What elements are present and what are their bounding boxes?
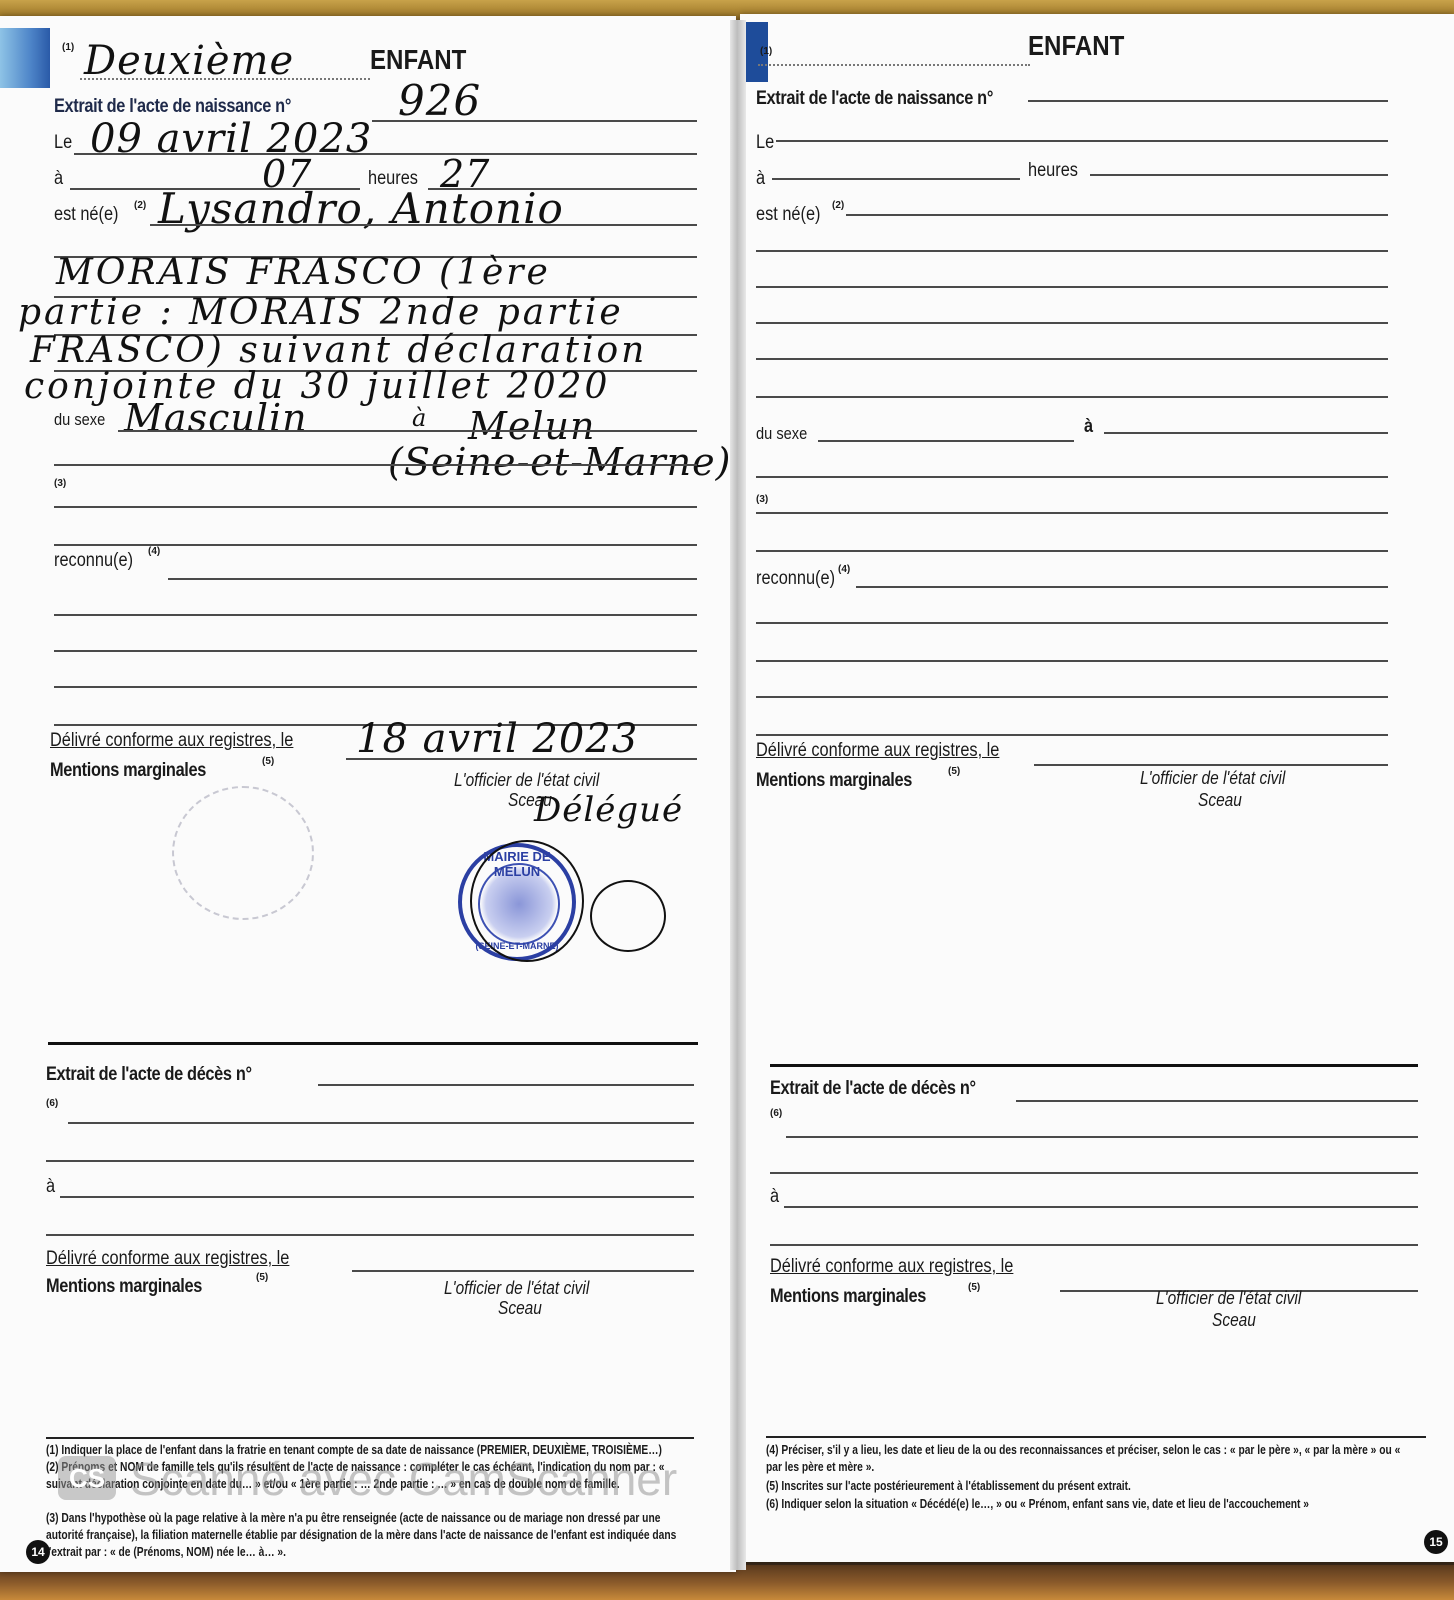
footnote-divider xyxy=(46,1437,694,1439)
rank-dotted-line xyxy=(80,78,370,80)
page-title: ENFANT xyxy=(370,44,466,76)
death-extract-label: Extrait de l'acte de décès n° xyxy=(46,1064,252,1086)
marginal-label-right: Mentions marginales xyxy=(756,770,912,792)
field-line xyxy=(756,322,1388,324)
delivered-date: 18 avril 2023 xyxy=(356,716,638,762)
field-line xyxy=(150,224,697,226)
ref-3-right: (3) xyxy=(756,494,768,505)
death-officer-label: L'officier de l'état civil xyxy=(444,1278,589,1299)
field-line xyxy=(756,396,1388,398)
field-line xyxy=(818,440,1074,442)
death-officer-label-right: L'officier de l'état civil xyxy=(1156,1288,1301,1309)
footnote-4: (4) Préciser, s'il y a lieu, les date et… xyxy=(766,1442,1414,1476)
death-delivered-label: Délivré conforme aux registres, le xyxy=(46,1248,289,1270)
field-line xyxy=(756,358,1388,360)
footnote-6: (6) Indiquer selon la situation « Décédé… xyxy=(766,1496,1414,1513)
section-divider-right xyxy=(770,1064,1418,1067)
field-line xyxy=(846,214,1388,216)
field-line xyxy=(1090,174,1388,176)
field-line xyxy=(1028,100,1388,102)
page-number-right: 15 xyxy=(1424,1530,1448,1554)
surname-line-4: conjointe du 30 juillet 2020 xyxy=(24,366,610,407)
born-label-right: est né(e) xyxy=(756,204,820,226)
section-divider xyxy=(48,1042,698,1045)
recognized-label: reconnu(e) xyxy=(54,550,133,572)
field-line xyxy=(60,1196,694,1198)
officer-label-right: L'officier de l'état civil xyxy=(1140,768,1285,789)
page-title-right: ENFANT xyxy=(1028,30,1124,62)
officer-label: L'officier de l'état civil xyxy=(454,770,599,791)
death-marginal-label-right: Mentions marginales xyxy=(770,1286,926,1308)
field-line xyxy=(46,1160,694,1162)
camscanner-logo-icon: CS xyxy=(58,1456,116,1500)
field-line xyxy=(1016,1100,1418,1102)
field-line xyxy=(786,1136,1418,1138)
seal-label-right: Sceau xyxy=(1198,790,1242,811)
death-seal-label-right: Sceau xyxy=(1212,1310,1256,1331)
field-line xyxy=(372,120,697,122)
born-ref-right: (2) xyxy=(832,200,844,211)
field-line xyxy=(54,506,697,508)
date-label: Le xyxy=(54,132,72,154)
footnote-divider-right xyxy=(766,1436,1426,1438)
field-line xyxy=(168,578,697,580)
field-line xyxy=(318,1084,694,1086)
field-line xyxy=(756,734,1388,736)
field-line xyxy=(756,512,1388,514)
born-ref: (2) xyxy=(134,200,146,211)
death-extract-label-right: Extrait de l'acte de décès n° xyxy=(770,1078,976,1100)
sex-value: Masculin xyxy=(124,396,308,440)
field-line xyxy=(68,1122,694,1124)
left-page-color-tab xyxy=(0,28,50,88)
delivered-label-right: Délivré conforme aux registres, le xyxy=(756,740,999,762)
place-label: à xyxy=(54,168,63,190)
field-line xyxy=(776,140,1388,142)
birth-extract-label: Extrait de l'acte de naissance n° xyxy=(54,96,291,118)
surname-line-3: FRASCO) suivant déclaration xyxy=(30,330,647,371)
field-line xyxy=(74,153,697,155)
death-seal-label: Sceau xyxy=(498,1298,542,1319)
footnote-ref-1-right: (1) xyxy=(760,46,772,57)
date-label-right: Le xyxy=(756,132,774,154)
field-line xyxy=(1104,432,1388,434)
marginal-ref-right: (5) xyxy=(948,766,960,777)
death-place-label: à xyxy=(46,1176,55,1198)
book-gutter xyxy=(730,20,746,1570)
sex-label: du sexe xyxy=(54,410,105,430)
birthplace-prefix: à xyxy=(412,404,427,432)
field-line xyxy=(756,550,1388,552)
field-line xyxy=(756,660,1388,662)
birth-extract-label-right: Extrait de l'acte de naissance n° xyxy=(756,88,993,110)
death-ref-right: (6) xyxy=(770,1108,782,1119)
rank-dotted-line-right xyxy=(758,64,1030,66)
birth-date-value: 09 avril 2023 xyxy=(90,116,372,162)
footnote-5: (5) Inscrites sur l'acte postérieurement… xyxy=(766,1478,1414,1495)
field-line xyxy=(346,758,697,760)
marginal-ref: (5) xyxy=(262,756,274,767)
birth-extract-number: 926 xyxy=(398,76,481,125)
recognized-ref-right: (4) xyxy=(838,564,850,575)
field-line xyxy=(54,650,697,652)
signature-stroke xyxy=(470,840,584,962)
field-line xyxy=(756,622,1388,624)
ref-3: (3) xyxy=(54,478,66,489)
place-label-right: à xyxy=(756,168,765,190)
death-delivered-label-right: Délivré conforme aux registres, le xyxy=(770,1256,1013,1278)
sex-label-right: du sexe xyxy=(756,424,807,444)
surname-line-1: MORAIS FRASCO (1ère xyxy=(56,252,551,293)
birthplace-prefix-right: à xyxy=(1084,416,1093,438)
field-line xyxy=(756,696,1388,698)
death-marginal-ref: (5) xyxy=(256,1272,268,1283)
hours-label-right: heures xyxy=(1028,160,1078,182)
officer-signature: Délégué xyxy=(534,790,683,830)
death-marginal-ref-right: (5) xyxy=(968,1282,980,1293)
death-place-label-right: à xyxy=(770,1186,779,1208)
field-line xyxy=(770,1172,1418,1174)
field-line xyxy=(1034,764,1388,766)
faded-stamp xyxy=(172,786,314,920)
field-line xyxy=(54,614,697,616)
field-line xyxy=(54,686,697,688)
field-line xyxy=(756,286,1388,288)
field-line xyxy=(756,476,1388,478)
birthplace-region: (Seine-et-Marne) xyxy=(388,440,731,484)
surname-line-2: partie : MORAIS 2nde partie xyxy=(18,292,624,333)
death-ref: (6) xyxy=(46,1098,58,1109)
field-line xyxy=(118,430,697,432)
field-line xyxy=(46,1234,694,1236)
footnote-ref-1: (1) xyxy=(62,42,74,53)
signature-stroke xyxy=(590,880,666,952)
camscanner-watermark: Scanné avec CamScanner xyxy=(130,1452,677,1506)
field-line xyxy=(352,1270,694,1272)
field-line xyxy=(784,1206,1418,1208)
field-line xyxy=(772,178,1020,180)
field-line xyxy=(756,250,1388,252)
field-line xyxy=(54,464,697,466)
marginal-label: Mentions marginales xyxy=(50,760,206,782)
field-line xyxy=(770,1244,1418,1246)
recognized-label-right: reconnu(e) xyxy=(756,568,835,590)
field-line xyxy=(856,586,1388,588)
delivered-label: Délivré conforme aux registres, le xyxy=(50,730,293,752)
footnote-3: (3) Dans l'hypothèse où la page relative… xyxy=(46,1510,694,1561)
page-number-left: 14 xyxy=(26,1540,50,1564)
born-label: est né(e) xyxy=(54,204,118,226)
recognized-ref: (4) xyxy=(148,546,160,557)
death-marginal-label: Mentions marginales xyxy=(46,1276,202,1298)
